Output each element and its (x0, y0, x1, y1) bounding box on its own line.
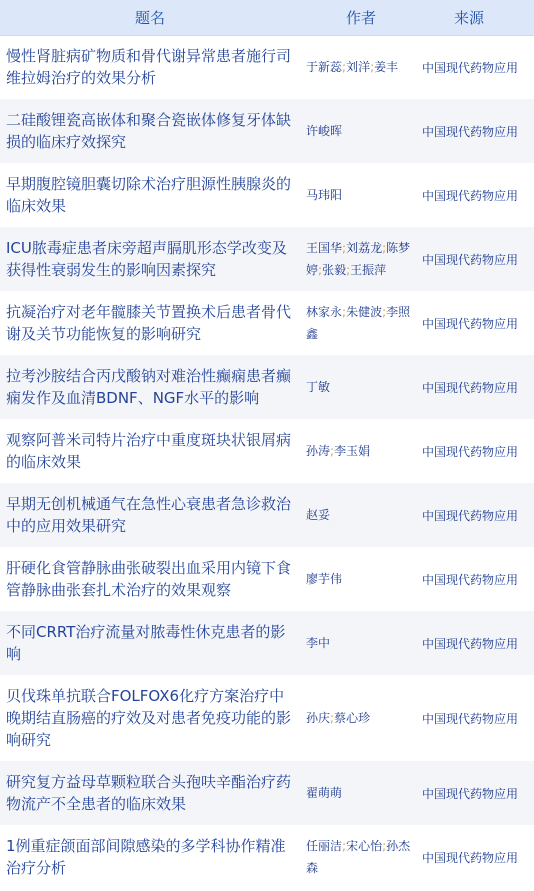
source-cell: 中国现代药物应用 (418, 355, 534, 419)
table-row: 早期无创机械通气在急性心衰患者急诊救治中的应用效果研究赵妥中国现代药物应用 (0, 483, 534, 547)
source-link[interactable]: 中国现代药物应用 (422, 189, 518, 203)
author-cell: 李中 (300, 611, 418, 675)
source-link[interactable]: 中国现代药物应用 (422, 381, 518, 395)
article-title-link[interactable]: 抗凝治疗对老年髋膝关节置换术后患者骨代谢及关节功能恢复的影响研究 (6, 303, 291, 343)
author-link[interactable]: 孙庆 (306, 711, 330, 725)
title-cell: 肝硬化食管静脉曲张破裂出血采用内镜下食管静脉曲张套扎术治疗的效果观察 (0, 547, 300, 611)
author-link[interactable]: 王国华 (306, 241, 342, 255)
table-row: 贝伐珠单抗联合FOLFOX6化疗方案治疗中晚期结直肠癌的疗效及对患者免疫功能的影… (0, 675, 534, 761)
source-link[interactable]: 中国现代药物应用 (422, 445, 518, 459)
article-title-link[interactable]: 慢性肾脏病矿物质和骨代谢异常患者施行司维拉姆治疗的效果分析 (6, 47, 291, 87)
table-body: 慢性肾脏病矿物质和骨代谢异常患者施行司维拉姆治疗的效果分析于新蕊;刘洋;姜丰中国… (0, 35, 534, 889)
title-cell: 不同CRRT治疗流量对脓毒性休克患者的影响 (0, 611, 300, 675)
title-cell: 二硅酸锂瓷高嵌体和聚合瓷嵌体修复牙体缺损的临床疗效探究 (0, 99, 300, 163)
article-title-link[interactable]: 1例重症颌面部间隙感染的多学科协作精准治疗分析 (6, 837, 286, 877)
table-row: 早期腹腔镜胆囊切除术治疗胆源性胰腺炎的临床效果马玮阳中国现代药物应用 (0, 163, 534, 227)
title-cell: 早期无创机械通气在急性心衰患者急诊救治中的应用效果研究 (0, 483, 300, 547)
table-row: 慢性肾脏病矿物质和骨代谢异常患者施行司维拉姆治疗的效果分析于新蕊;刘洋;姜丰中国… (0, 35, 534, 99)
title-cell: 早期腹腔镜胆囊切除术治疗胆源性胰腺炎的临床效果 (0, 163, 300, 227)
author-link[interactable]: 任丽洁 (306, 839, 342, 853)
source-cell: 中国现代药物应用 (418, 675, 534, 761)
source-cell: 中国现代药物应用 (418, 419, 534, 483)
source-cell: 中国现代药物应用 (418, 163, 534, 227)
title-cell: 研究复方益母草颗粒联合头孢呋辛酯治疗药物流产不全患者的临床效果 (0, 761, 300, 825)
source-link[interactable]: 中国现代药物应用 (422, 253, 518, 267)
article-title-link[interactable]: 贝伐珠单抗联合FOLFOX6化疗方案治疗中晚期结直肠癌的疗效及对患者免疫功能的影… (6, 687, 291, 749)
article-title-link[interactable]: 研究复方益母草颗粒联合头孢呋辛酯治疗药物流产不全患者的临床效果 (6, 773, 291, 813)
article-title-link[interactable]: ICU脓毒症患者床旁超声膈肌形态学改变及获得性衰弱发生的影响因素探究 (6, 239, 287, 279)
source-cell: 中国现代药物应用 (418, 547, 534, 611)
source-cell: 中国现代药物应用 (418, 227, 534, 291)
author-link[interactable]: 于新蕊 (306, 60, 342, 74)
table-row: 1例重症颌面部间隙感染的多学科协作精准治疗分析任丽洁;宋心怡;孙杰森中国现代药物… (0, 825, 534, 889)
author-cell: 马玮阳 (300, 163, 418, 227)
source-cell: 中国现代药物应用 (418, 825, 534, 889)
author-link[interactable]: 丁敏 (306, 380, 330, 394)
table-row: 抗凝治疗对老年髋膝关节置换术后患者骨代谢及关节功能恢复的影响研究林家永;朱健波;… (0, 291, 534, 355)
source-link[interactable]: 中国现代药物应用 (422, 787, 518, 801)
source-link[interactable]: 中国现代药物应用 (422, 573, 518, 587)
source-link[interactable]: 中国现代药物应用 (422, 509, 518, 523)
title-cell: 慢性肾脏病矿物质和骨代谢异常患者施行司维拉姆治疗的效果分析 (0, 35, 300, 99)
author-cell: 廖芋伟 (300, 547, 418, 611)
column-header-author[interactable]: 作者 (300, 0, 418, 35)
title-cell: 贝伐珠单抗联合FOLFOX6化疗方案治疗中晚期结直肠癌的疗效及对患者免疫功能的影… (0, 675, 300, 761)
author-link[interactable]: 李玉娟 (334, 444, 370, 458)
table-row: 肝硬化食管静脉曲张破裂出血采用内镜下食管静脉曲张套扎术治疗的效果观察廖芋伟中国现… (0, 547, 534, 611)
author-link[interactable]: 刘荔龙 (346, 241, 382, 255)
source-link[interactable]: 中国现代药物应用 (422, 851, 518, 865)
table-row: 二硅酸锂瓷高嵌体和聚合瓷嵌体修复牙体缺损的临床疗效探究许峻晖中国现代药物应用 (0, 99, 534, 163)
title-cell: ICU脓毒症患者床旁超声膈肌形态学改变及获得性衰弱发生的影响因素探究 (0, 227, 300, 291)
article-title-link[interactable]: 二硅酸锂瓷高嵌体和聚合瓷嵌体修复牙体缺损的临床疗效探究 (6, 111, 291, 151)
source-cell: 中国现代药物应用 (418, 761, 534, 825)
author-link[interactable]: 许峻晖 (306, 124, 342, 138)
article-title-link[interactable]: 早期腹腔镜胆囊切除术治疗胆源性胰腺炎的临床效果 (6, 175, 291, 215)
author-link[interactable]: 朱健波 (346, 305, 382, 319)
source-cell: 中国现代药物应用 (418, 99, 534, 163)
table-row: 研究复方益母草颗粒联合头孢呋辛酯治疗药物流产不全患者的临床效果翟萌萌中国现代药物… (0, 761, 534, 825)
author-link[interactable]: 马玮阳 (306, 188, 342, 202)
source-link[interactable]: 中国现代药物应用 (422, 125, 518, 139)
author-link[interactable]: 刘洋 (346, 60, 370, 74)
author-link[interactable]: 李中 (306, 636, 330, 650)
author-link[interactable]: 王振萍 (350, 263, 386, 277)
title-cell: 抗凝治疗对老年髋膝关节置换术后患者骨代谢及关节功能恢复的影响研究 (0, 291, 300, 355)
source-link[interactable]: 中国现代药物应用 (422, 637, 518, 651)
author-link[interactable]: 林家永 (306, 305, 342, 319)
source-link[interactable]: 中国现代药物应用 (422, 317, 518, 331)
author-link[interactable]: 张毅 (322, 263, 346, 277)
source-link[interactable]: 中国现代药物应用 (422, 712, 518, 726)
article-title-link[interactable]: 拉考沙胺结合丙戊酸钠对难治性癫痫患者癫痫发作及血清BDNF、NGF水平的影响 (6, 367, 291, 407)
article-title-link[interactable]: 不同CRRT治疗流量对脓毒性休克患者的影响 (6, 623, 285, 663)
source-cell: 中国现代药物应用 (418, 291, 534, 355)
results-table: 题名 作者 来源 慢性肾脏病矿物质和骨代谢异常患者施行司维拉姆治疗的效果分析于新… (0, 0, 534, 889)
author-cell: 任丽洁;宋心怡;孙杰森 (300, 825, 418, 889)
author-cell: 赵妥 (300, 483, 418, 547)
author-cell: 孙涛;李玉娟 (300, 419, 418, 483)
author-cell: 孙庆;蔡心珍 (300, 675, 418, 761)
author-link[interactable]: 翟萌萌 (306, 786, 342, 800)
author-cell: 于新蕊;刘洋;姜丰 (300, 35, 418, 99)
author-link[interactable]: 廖芋伟 (306, 572, 342, 586)
author-link[interactable]: 宋心怡 (346, 839, 382, 853)
table-row: 不同CRRT治疗流量对脓毒性休克患者的影响李中中国现代药物应用 (0, 611, 534, 675)
source-cell: 中国现代药物应用 (418, 611, 534, 675)
table-header: 题名 作者 来源 (0, 0, 534, 35)
table-row: 拉考沙胺结合丙戊酸钠对难治性癫痫患者癫痫发作及血清BDNF、NGF水平的影响丁敏… (0, 355, 534, 419)
author-cell: 许峻晖 (300, 99, 418, 163)
article-title-link[interactable]: 早期无创机械通气在急性心衰患者急诊救治中的应用效果研究 (6, 495, 291, 535)
author-cell: 翟萌萌 (300, 761, 418, 825)
author-link[interactable]: 蔡心珍 (334, 711, 370, 725)
column-header-title[interactable]: 题名 (0, 0, 300, 35)
table-row: 观察阿普米司特片治疗中重度斑块状银屑病的临床效果孙涛;李玉娟中国现代药物应用 (0, 419, 534, 483)
table-row: ICU脓毒症患者床旁超声膈肌形态学改变及获得性衰弱发生的影响因素探究王国华;刘荔… (0, 227, 534, 291)
header-row: 题名 作者 来源 (0, 0, 534, 35)
source-cell: 中国现代药物应用 (418, 35, 534, 99)
title-cell: 1例重症颌面部间隙感染的多学科协作精准治疗分析 (0, 825, 300, 889)
article-title-link[interactable]: 观察阿普米司特片治疗中重度斑块状银屑病的临床效果 (6, 431, 291, 471)
column-header-source[interactable]: 来源 (418, 0, 534, 35)
source-link[interactable]: 中国现代药物应用 (422, 61, 518, 75)
author-link[interactable]: 姜丰 (374, 60, 398, 74)
title-cell: 观察阿普米司特片治疗中重度斑块状银屑病的临床效果 (0, 419, 300, 483)
source-cell: 中国现代药物应用 (418, 483, 534, 547)
author-cell: 林家永;朱健波;李照鑫 (300, 291, 418, 355)
author-cell: 王国华;刘荔龙;陈梦婷;张毅;王振萍 (300, 227, 418, 291)
article-title-link[interactable]: 肝硬化食管静脉曲张破裂出血采用内镜下食管静脉曲张套扎术治疗的效果观察 (6, 559, 291, 599)
author-link[interactable]: 孙涛 (306, 444, 330, 458)
author-link[interactable]: 赵妥 (306, 508, 330, 522)
author-cell: 丁敏 (300, 355, 418, 419)
title-cell: 拉考沙胺结合丙戊酸钠对难治性癫痫患者癫痫发作及血清BDNF、NGF水平的影响 (0, 355, 300, 419)
